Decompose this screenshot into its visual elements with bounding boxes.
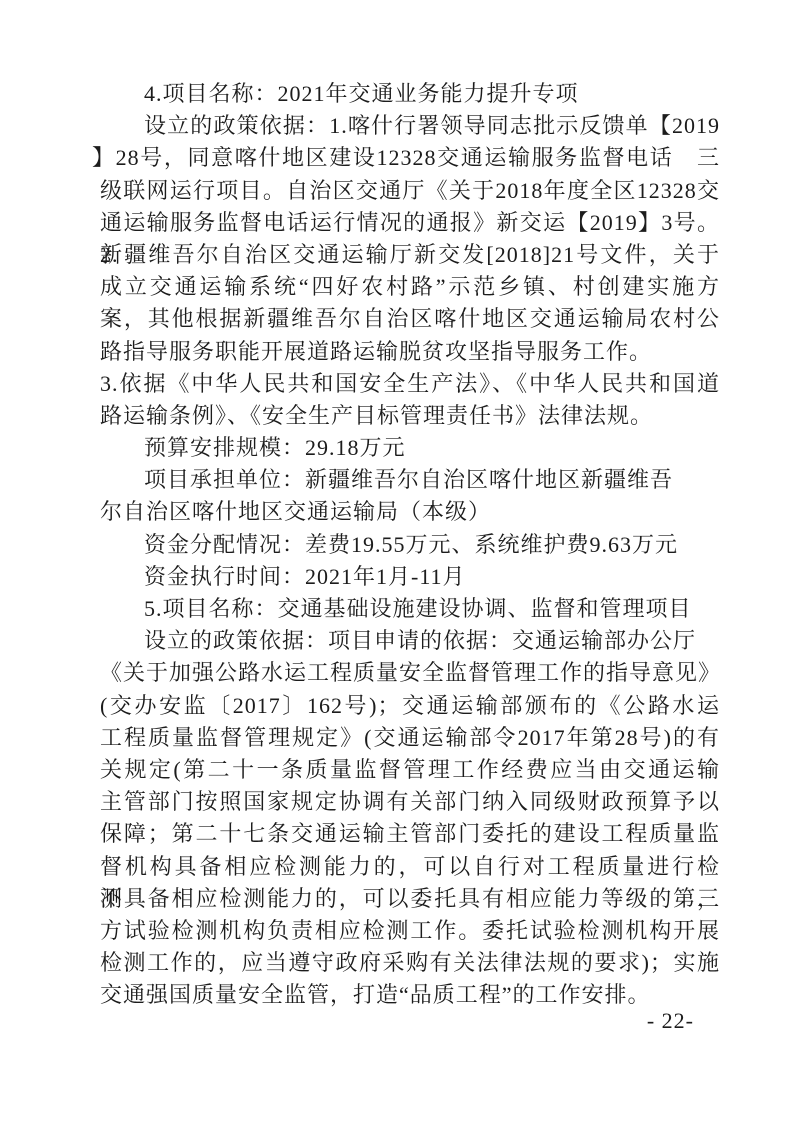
document-line: 督机构具备相应检测能力的，可以自行对工程质量进行检测， <box>100 851 720 883</box>
document-line: 关规定(第二十一条质量监督管理工作经费应当由交通运输 <box>100 754 720 786</box>
document-line: 成立交通运输系统“四好农村路”示范乡镇、村创建实施方 <box>100 271 720 303</box>
document-line: 项目承担单位：新疆维吾尔自治区喀什地区新疆维吾 <box>100 464 720 496</box>
document-line: 保障；第二十七条交通运输主管部门委托的建设工程质量监 <box>100 818 720 850</box>
document-line: 设立的政策依据：1.喀什行署领导同志批示反馈单【2019 <box>100 110 720 142</box>
document-line: 资金执行时间：2021年1月-11月 <box>100 561 720 593</box>
document-line: 】28号，同意喀什地区建设12328交通运输服务监督电话 三 <box>92 142 720 174</box>
document-line: 尔自治区喀什地区交通运输局（本级） <box>100 496 720 528</box>
document-line: 新疆维吾尔自治区交通运输厅新交发[2018]21号文件，关于 <box>100 239 720 271</box>
document-line: 设立的政策依据：项目申请的依据：交通运输部办公厅 <box>100 625 720 657</box>
document-line: 通运输服务监督电话运行情况的通报》新交运【2019】3号。2. <box>100 207 720 239</box>
document-line: 主管部门按照国家规定协调有关部门纳入同级财政预算予以 <box>100 786 720 818</box>
document-line: 工程质量监督管理规定》(交通运输部令2017年第28号)的有 <box>100 722 720 754</box>
document-body: 4.项目名称：2021年交通业务能力提升专项 设立的政策依据：1.喀什行署领导同… <box>100 78 720 1011</box>
document-line: (交办安监〔2017〕162号)；交通运输部颁布的《公路水运 <box>100 690 720 722</box>
document-line: 路指导服务职能开展道路运输脱贫攻坚指导服务工作。 <box>100 336 720 368</box>
document-line: 方试验检测机构负责相应检测工作。委托试验检测机构开展 <box>100 915 720 947</box>
document-line: 检测工作的，应当遵守政府采购有关法律法规的要求)；实施 <box>100 947 720 979</box>
document-line: 预算安排规模：29.18万元 <box>100 432 720 464</box>
document-line: 级联网运行项目。自治区交通厅《关于2018年度全区12328交 <box>100 175 720 207</box>
document-line: 路运输条例》、《安全生产目标管理责任书》法律法规。 <box>100 400 720 432</box>
document-line: 案，其他根据新疆维吾尔自治区喀什地区交通运输局农村公 <box>100 303 720 335</box>
document-line: 《关于加强公路水运工程质量安全监督管理工作的指导意见》 <box>100 657 720 689</box>
document-line: 4.项目名称：2021年交通业务能力提升专项 <box>100 78 720 110</box>
document-page: 4.项目名称：2021年交通业务能力提升专项 设立的政策依据：1.喀什行署领导同… <box>0 0 793 1122</box>
document-line: 不具备相应检测能力的，可以委托具有相应能力等级的第三 <box>100 883 720 915</box>
document-line: 资金分配情况：差费19.55万元、系统维护费9.63万元 <box>100 529 720 561</box>
document-line: 5.项目名称：交通基础设施建设协调、监督和管理项目 <box>100 593 720 625</box>
document-line: 3.依据《中华人民共和国安全生产法》、《中华人民共和国道 <box>100 368 720 400</box>
page-number: - 22- <box>100 1008 720 1034</box>
document-line: 交通强国质量安全监管，打造“品质工程”的工作安排。 <box>100 979 720 1011</box>
